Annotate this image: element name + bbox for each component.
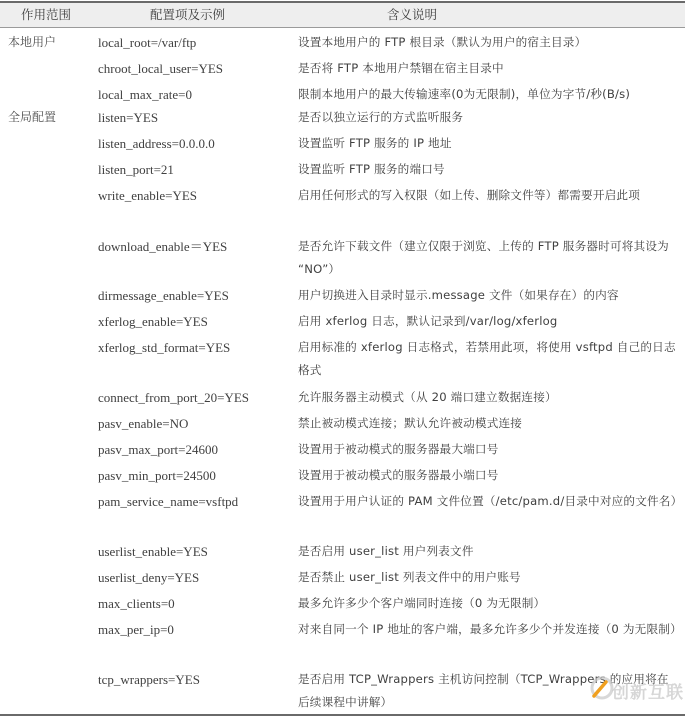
- row-config-item: max_per_ip=0: [98, 618, 174, 641]
- row-config-item: local_root=/var/ftp: [98, 31, 196, 54]
- row-description: 启用标准的 xferlog 日志格式，若禁用此项，将使用 vsftpd 自己的日…: [298, 336, 678, 382]
- row-config-item: listen=YES: [98, 106, 158, 129]
- row-config-item: pasv_enable=NO: [98, 412, 188, 435]
- bottom-rule: [0, 714, 685, 716]
- row-config-item: pasv_min_port=24500: [98, 464, 216, 487]
- row-config-item: xferlog_std_format=YES: [98, 336, 230, 359]
- table-header: 作用范围 配置项及示例 含义说明: [0, 3, 685, 28]
- row-config-item: userlist_deny=YES: [98, 566, 199, 589]
- row-description: 是否将 FTP 本地用户禁锢在宿主目录中: [298, 57, 678, 80]
- row-config-item: local_max_rate=0: [98, 83, 192, 106]
- row-config-item: max_clients=0: [98, 592, 175, 615]
- row-description: 允许服务器主动模式（从 20 端口建立数据连接）: [298, 386, 678, 409]
- row-description: 设置用于被动模式的服务器最大端口号: [298, 438, 678, 461]
- row-scope: 本地用户: [8, 31, 56, 54]
- row-config-item: chroot_local_user=YES: [98, 57, 223, 80]
- row-config-item: userlist_enable=YES: [98, 540, 208, 563]
- row-description: 设置用于用户认证的 PAM 文件位置（/etc/pam.d/目录中对应的文件名）: [298, 490, 678, 513]
- header-item: 配置项及示例: [150, 3, 225, 27]
- row-description: 对来自同一个 IP 地址的客户端，最多允许多少个并发连接（0 为无限制）: [298, 618, 678, 641]
- row-description: 禁止被动模式连接；默认允许被动模式连接: [298, 412, 678, 435]
- vsftpd-config-table: 作用范围 配置项及示例 含义说明 本地用户local_root=/var/ftp…: [0, 0, 685, 719]
- row-config-item: dirmessage_enable=YES: [98, 284, 229, 307]
- row-description: 是否允许下载文件（建立仅限于浏览、上传的 FTP 服务器时可将其设为 “NO”）: [298, 235, 678, 281]
- row-description: 是否启用 TCP_Wrappers 主机访问控制（TCP_Wrappers 的应…: [298, 668, 678, 714]
- row-config-item: pam_service_name=vsftpd: [98, 490, 238, 513]
- row-config-item: connect_from_port_20=YES: [98, 386, 249, 409]
- row-description: 用户切换进入目录时显示.message 文件（如果存在）的内容: [298, 284, 678, 307]
- row-config-item: download_enable＝YES: [98, 235, 227, 258]
- row-description: 限制本地用户的最大传输速率(0为无限制)，单位为字节/秒(B/s): [298, 83, 678, 106]
- row-config-item: tcp_wrappers=YES: [98, 668, 200, 691]
- row-config-item: pasv_max_port=24600: [98, 438, 218, 461]
- header-scope: 作用范围: [21, 3, 71, 27]
- row-description: 是否以独立运行的方式监听服务: [298, 106, 678, 129]
- row-description: 启用 xferlog 日志，默认记录到/var/log/xferlog: [298, 310, 678, 333]
- row-description: 是否禁止 user_list 列表文件中的用户账号: [298, 566, 678, 589]
- row-config-item: listen_address=0.0.0.0: [98, 132, 215, 155]
- row-config-item: xferlog_enable=YES: [98, 310, 208, 333]
- row-description: 设置本地用户的 FTP 根目录（默认为用户的宿主目录）: [298, 31, 678, 54]
- row-config-item: listen_port=21: [98, 158, 174, 181]
- row-description: 启用任何形式的写入权限（如上传、删除文件等）都需要开启此项: [298, 184, 678, 207]
- row-description: 是否启用 user_list 用户列表文件: [298, 540, 678, 563]
- row-scope: 全局配置: [8, 106, 56, 129]
- header-desc: 含义说明: [387, 3, 437, 27]
- row-description: 最多允许多少个客户端同时连接（0 为无限制）: [298, 592, 678, 615]
- row-description: 设置监听 FTP 服务的端口号: [298, 158, 678, 181]
- row-description: 设置监听 FTP 服务的 IP 地址: [298, 132, 678, 155]
- row-description: 设置用于被动模式的服务器最小端口号: [298, 464, 678, 487]
- row-config-item: write_enable=YES: [98, 184, 197, 207]
